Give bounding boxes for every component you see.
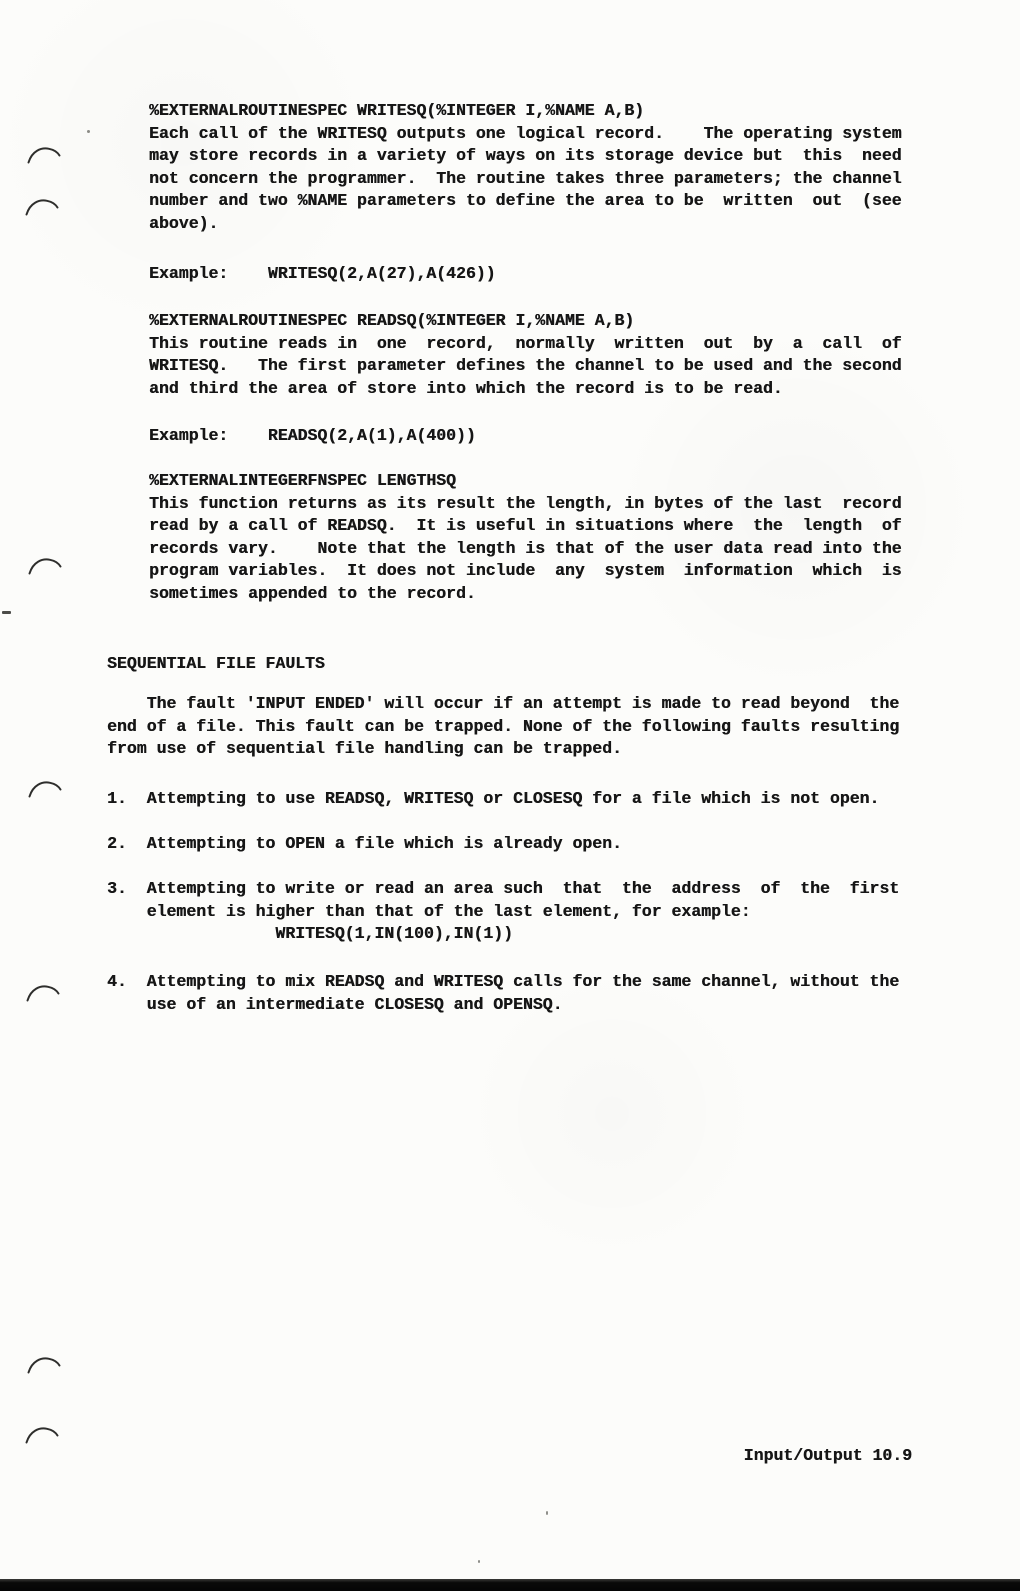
spec-line: may store records in a variety of ways o… [149,145,902,168]
fault-item-line: 2. Attempting to OPEN a file which is al… [107,833,622,856]
spec-line: and third the area of store into which t… [149,378,902,401]
fault-item-line: WRITESQ(1,IN(100),IN(1)) [107,923,899,946]
fault-item-3: 3. Attempting to write or read an area s… [107,878,899,946]
spec-line: %EXTERNALROUTINESPEC WRITESQ(%INTEGER I,… [149,100,902,123]
spec-line: records vary. Note that the length is th… [149,538,902,561]
spec-line: program variables. It does not include a… [149,560,902,583]
scanned-manual-page: %EXTERNALROUTINESPEC WRITESQ(%INTEGER I,… [0,0,1020,1591]
spec-line: %EXTERNALROUTINESPEC READSQ(%INTEGER I,%… [149,310,902,333]
spec-line: not concern the programmer. The routine … [149,168,902,191]
readsq-example-block: Example: READSQ(2,A(1),A(400)) [149,425,476,448]
example-line: Example: WRITESQ(2,A(27),A(426)) [149,263,496,286]
spec-line: read by a call of READSQ. It is useful i… [149,515,902,538]
scan-arc-mark [25,198,59,216]
spec-line: %EXTERNALINTEGERFNSPEC LENGTHSQ [149,470,902,493]
fault-item-line: element is higher than that of the last … [107,901,899,924]
fault-item-line: 4. Attempting to mix READSQ and WRITESQ … [107,971,899,994]
spec-line: number and two %NAME parameters to defin… [149,190,902,213]
section-heading-block: SEQUENTIAL FILE FAULTS [107,653,325,676]
readsq-spec-block: %EXTERNALROUTINESPEC READSQ(%INTEGER I,%… [149,310,902,400]
fault-item-line: use of an intermediate CLOSESQ and OPENS… [107,994,899,1017]
fault-item-1: 1. Attempting to use READSQ, WRITESQ or … [107,788,879,811]
scan-arc-mark [25,1426,59,1444]
fault-item-2: 2. Attempting to OPEN a file which is al… [107,833,622,856]
spec-line: sometimes appended to the record. [149,583,902,606]
scan-arc-mark [27,1356,61,1374]
page-footer: Input/Output 10.9 [744,1445,912,1468]
scan-edge-bar [0,1579,1020,1591]
spec-line: This function returns as its result the … [149,493,902,516]
writesq-example-block: Example: WRITESQ(2,A(27),A(426)) [149,263,496,286]
paragraph-line: The fault 'INPUT ENDED' will occur if an… [107,693,899,716]
spec-line: Each call of the WRITESQ outputs one log… [149,123,902,146]
fault-item-line: 3. Attempting to write or read an area s… [107,878,899,901]
scan-arc-mark [26,984,60,1002]
spec-line: WRITESQ. The first parameter defines the… [149,355,902,378]
lengthsq-spec-block: %EXTERNALINTEGERFNSPEC LENGTHSQ This fun… [149,470,902,606]
spec-line: This routine reads in one record, normal… [149,333,902,356]
scan-arc-mark [27,146,61,164]
fault-item-line: 1. Attempting to use READSQ, WRITESQ or … [107,788,879,811]
section-heading: SEQUENTIAL FILE FAULTS [107,653,325,676]
scan-arc-mark [28,780,62,798]
writesq-spec-block: %EXTERNALROUTINESPEC WRITESQ(%INTEGER I,… [149,100,902,236]
scan-arc-mark [28,557,62,575]
spec-line: above). [149,213,902,236]
paragraph-line: end of a file. This fault can be trapped… [107,716,899,739]
scan-speck [546,1511,548,1515]
fault-item-4: 4. Attempting to mix READSQ and WRITESQ … [107,971,899,1016]
faults-intro-block: The fault 'INPUT ENDED' will occur if an… [107,693,899,761]
paragraph-line: from use of sequential file handling can… [107,738,899,761]
scan-dash-mark [2,611,11,614]
scan-speck [87,130,90,133]
scan-speck [478,1560,480,1563]
example-line: Example: READSQ(2,A(1),A(400)) [149,425,476,448]
